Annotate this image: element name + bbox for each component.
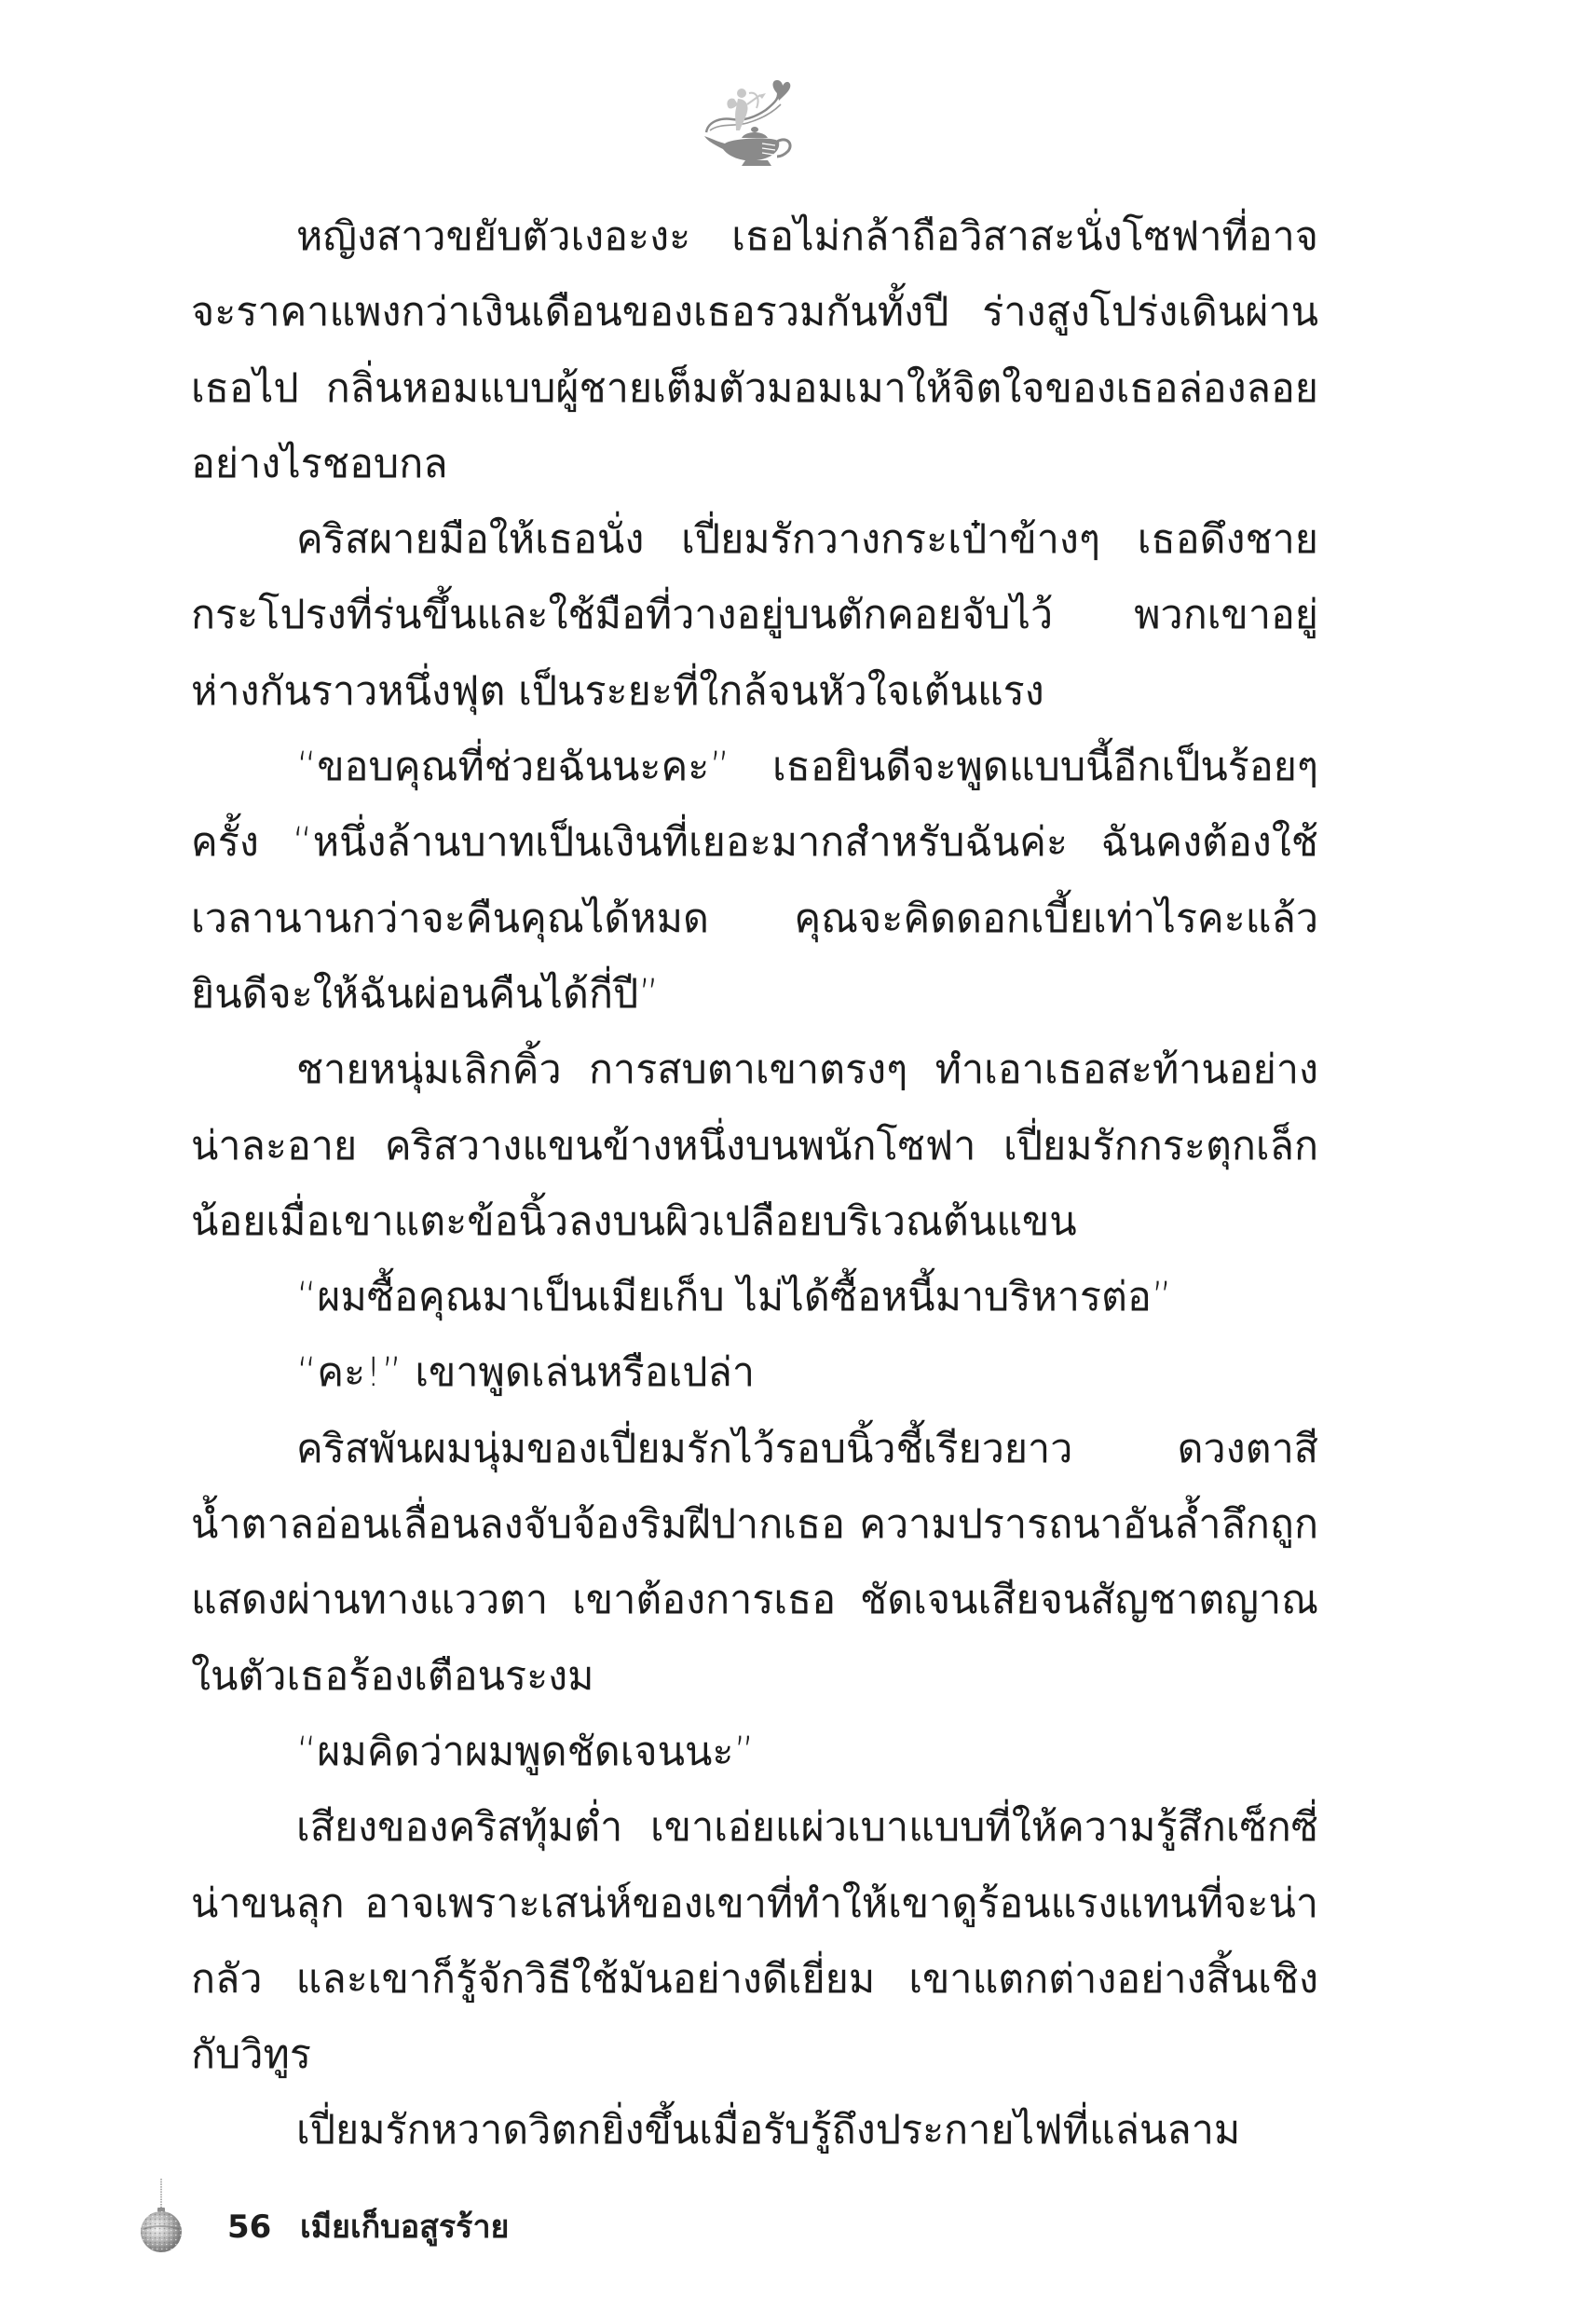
book-title: เมียเก็บอสูรร้าย [300, 2208, 509, 2246]
dialogue-line: “ผมซื้อคุณมาเป็นเมียเก็บ ไม่ได้ซื้อหนี้ม… [191, 1260, 1318, 1335]
paragraph: เสียงของคริสทุ้มต่ำ เขาเอ่ยแผ่วเบาแบบที่… [191, 1790, 1318, 2093]
paragraph: “ขอบคุณที่ช่วยฉันนะคะ” เธอยินดีจะพูดแบบน… [191, 730, 1318, 1032]
dialogue-line: “ผมคิดว่าผมพูดชัดเจนนะ” [191, 1715, 1318, 1790]
page-footer: 56 เมียเก็บอสูรร้าย [130, 2171, 689, 2264]
paragraph: เปี่ยมรักหวาดวิตกยิ่งขึ้นเมื่อรับรู้ถึงป… [191, 2093, 1318, 2168]
paragraph: ชายหนุ่มเลิกคิ้ว การสบตาเขาตรงๆ ทำเอาเธอ… [191, 1032, 1318, 1260]
paragraph: คริสพันผมนุ่มของเปี่ยมรักไว้รอบนิ้วชี้เร… [191, 1412, 1318, 1715]
silver-christmas-bauble-icon [130, 2171, 196, 2264]
genie-lamp-with-cupid-icon [701, 76, 794, 166]
dialogue-line: “คะ!” เขาพูดเล่นหรือเปล่า [191, 1335, 1318, 1411]
paragraph: คริสผายมือให้เธอนั่ง เปี่ยมรักวางกระเป๋า… [191, 502, 1318, 730]
page-number: 56 [227, 2208, 271, 2246]
header-logo [701, 76, 794, 166]
page-body-text: หญิงสาวขยับตัวเงอะงะ เธอไม่กล้าถือวิสาสะ… [191, 199, 1318, 2169]
paragraph: หญิงสาวขยับตัวเงอะงะ เธอไม่กล้าถือวิสาสะ… [191, 199, 1318, 502]
